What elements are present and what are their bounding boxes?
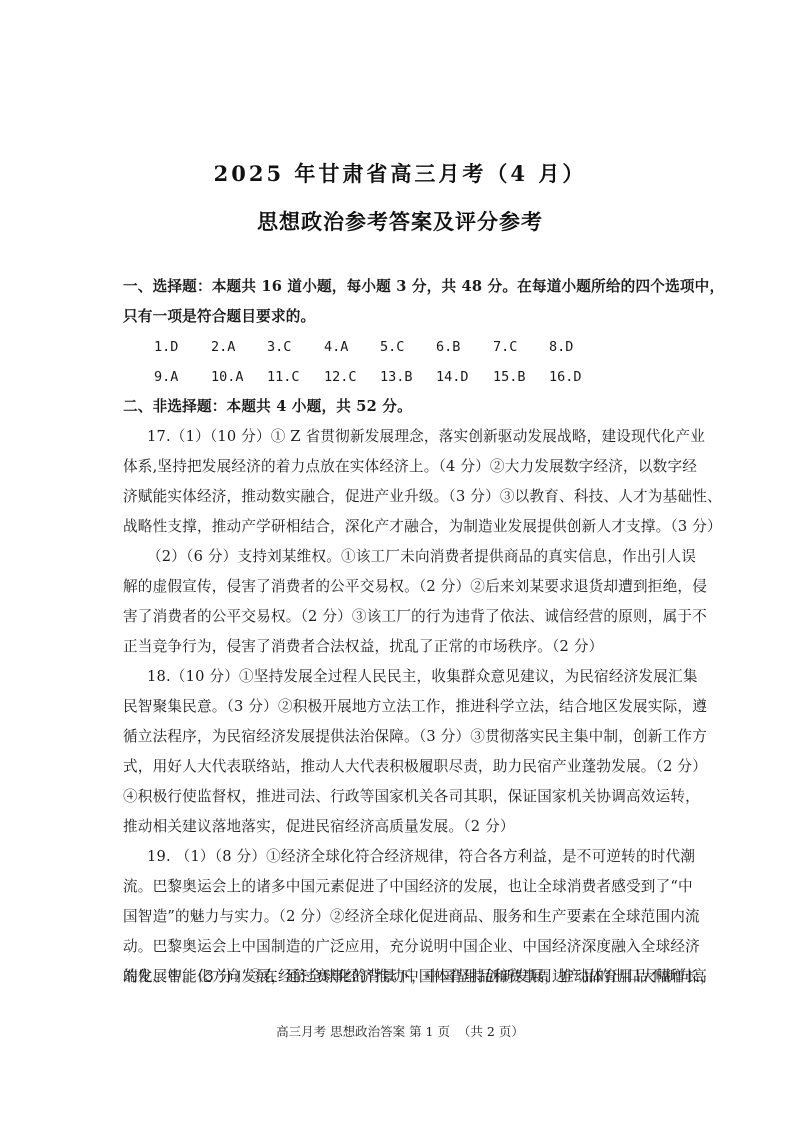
answer-item: 1.D bbox=[154, 337, 178, 357]
page-footer: 高三月考 思想政治答案 第 1 页 （共 2 页） bbox=[0, 1022, 800, 1040]
answer-item: 14.D bbox=[436, 367, 469, 387]
document-title: 2025 年甘肃省高三月考（4 月） bbox=[0, 158, 800, 188]
answer-item: 8.D bbox=[549, 337, 573, 357]
answer-18-line: 推动相关建议落地落实，促进民宿经济高质量发展。（2 分） bbox=[123, 817, 683, 837]
document-page: 2025 年甘肃省高三月考（4 月） 思想政治参考答案及评分参考 一、选择题：本… bbox=[0, 0, 800, 1132]
answer-19-line: 19. （1）（8 分）①经济全球化符合经济规律，符合各方利益，是不可逆转的时代… bbox=[147, 847, 683, 867]
answer-18-line: 式，用好人大代表联络站，推动人大代表积极履职尽责，助力民宿产业蓬勃发展。（2 分… bbox=[123, 757, 683, 777]
answer-19-line: 端化、智能化方向发展，通过赛事经济推动中国体育用品和赛事周边产品的出口大幅增长， bbox=[123, 967, 683, 987]
answer-item: 15.B bbox=[493, 367, 526, 387]
answers-row-1: 1.D 2.A 3.C 4.A 5.C 6.B 7.C 8.D bbox=[154, 337, 674, 357]
answer-item: 2.A bbox=[211, 337, 235, 357]
document-subtitle: 思想政治参考答案及评分参考 bbox=[0, 206, 800, 236]
answer-18-line: ④积极行使监督权，推进司法、行政等国家机关各司其职，保证国家机关协调高效运转， bbox=[123, 787, 683, 807]
answer-item: 3.C bbox=[267, 337, 291, 357]
answer-17-1-line: 战略性支撑，推动产学研相结合，深化产才融合，为制造业发展提供创新人才支撑。（3 … bbox=[123, 517, 683, 537]
answer-item: 6.B bbox=[436, 337, 460, 357]
answer-17-2-line: 正当竞争行为，侵害了消费者合法权益，扰乱了正常的市场秩序。（2 分） bbox=[123, 637, 683, 657]
answer-item: 13.B bbox=[380, 367, 413, 387]
answer-item: 4.A bbox=[324, 337, 348, 357]
answer-item: 12.C bbox=[324, 367, 357, 387]
answer-19-line: 动。巴黎奥运会上中国制造的广泛应用，充分说明中国企业、中国经济深度融入全球经济 bbox=[123, 937, 683, 957]
answer-17-2-line: 解的虚假宣传，侵害了消费者的公平交易权。（2 分）②后来刘某要求退货却遭到拒绝，… bbox=[123, 577, 683, 597]
answer-18-line: 民智聚集民意。（3 分）②积极开展地方立法工作，推进科学立法，结合地区发展实际，… bbox=[123, 697, 683, 717]
answer-item: 7.C bbox=[493, 337, 517, 357]
answer-item: 10.A bbox=[211, 367, 244, 387]
section2-heading: 二、非选择题：本题共 4 小题，共 52 分。 bbox=[123, 397, 683, 417]
answer-18-line: 18.（10 分）①坚持发展全过程人民民主，收集群众意见建议，为民宿经济发展汇集 bbox=[147, 667, 683, 687]
section1-heading: 一、选择题：本题共 16 道小题，每小题 3 分，共 48 分。在每道小题所给的… bbox=[123, 277, 683, 297]
answer-18-line: 循立法程序，为民宿经济发展提供法治保障。（3 分）③贯彻落实民主集中制，创新工作… bbox=[123, 727, 683, 747]
answer-item: 16.D bbox=[549, 367, 582, 387]
section1-heading-cont: 只有一项是符合题目要求的。 bbox=[123, 307, 683, 327]
answer-item: 5.C bbox=[380, 337, 404, 357]
answer-17-1-line: 济赋能实体经济，推动数实融合，促进产业升级。（3 分）③以教育、科技、人才为基础… bbox=[123, 487, 683, 507]
answer-item: 9.A bbox=[154, 367, 178, 387]
answer-19-line: 国智造”的魅力与实力。（2 分）②经济全球化促进商品、服务和生产要素在全球范围内… bbox=[123, 907, 683, 927]
answer-17-1-line: 17.（1）（10 分）① Z 省贯彻新发展理念，落实创新驱动发展战略，建设现代… bbox=[147, 427, 683, 447]
answer-17-1-line: 体系,坚持把发展经济的着力点放在实体经济上。（4 分）②大力发展数字经济，以数字… bbox=[123, 457, 683, 477]
answer-17-2-line: 害了消费者的公平交易权。（2 分）③该工厂的行为违背了依法、诚信经营的原则，属于… bbox=[123, 607, 683, 627]
answer-item: 11.C bbox=[267, 367, 300, 387]
answer-19-line: 流。巴黎奥运会上的诸多中国元素促进了中国经济的发展，也让全球消费者感受到了“中 bbox=[123, 877, 683, 897]
answer-17-2-line: （2）（6 分）支持刘某维权。①该工厂未向消费者提供商品的真实信息，作出引人误 bbox=[147, 547, 683, 567]
answers-row-2: 9.A 10.A 11.C 12.C 13.B 14.D 15.B 16.D bbox=[154, 367, 674, 387]
